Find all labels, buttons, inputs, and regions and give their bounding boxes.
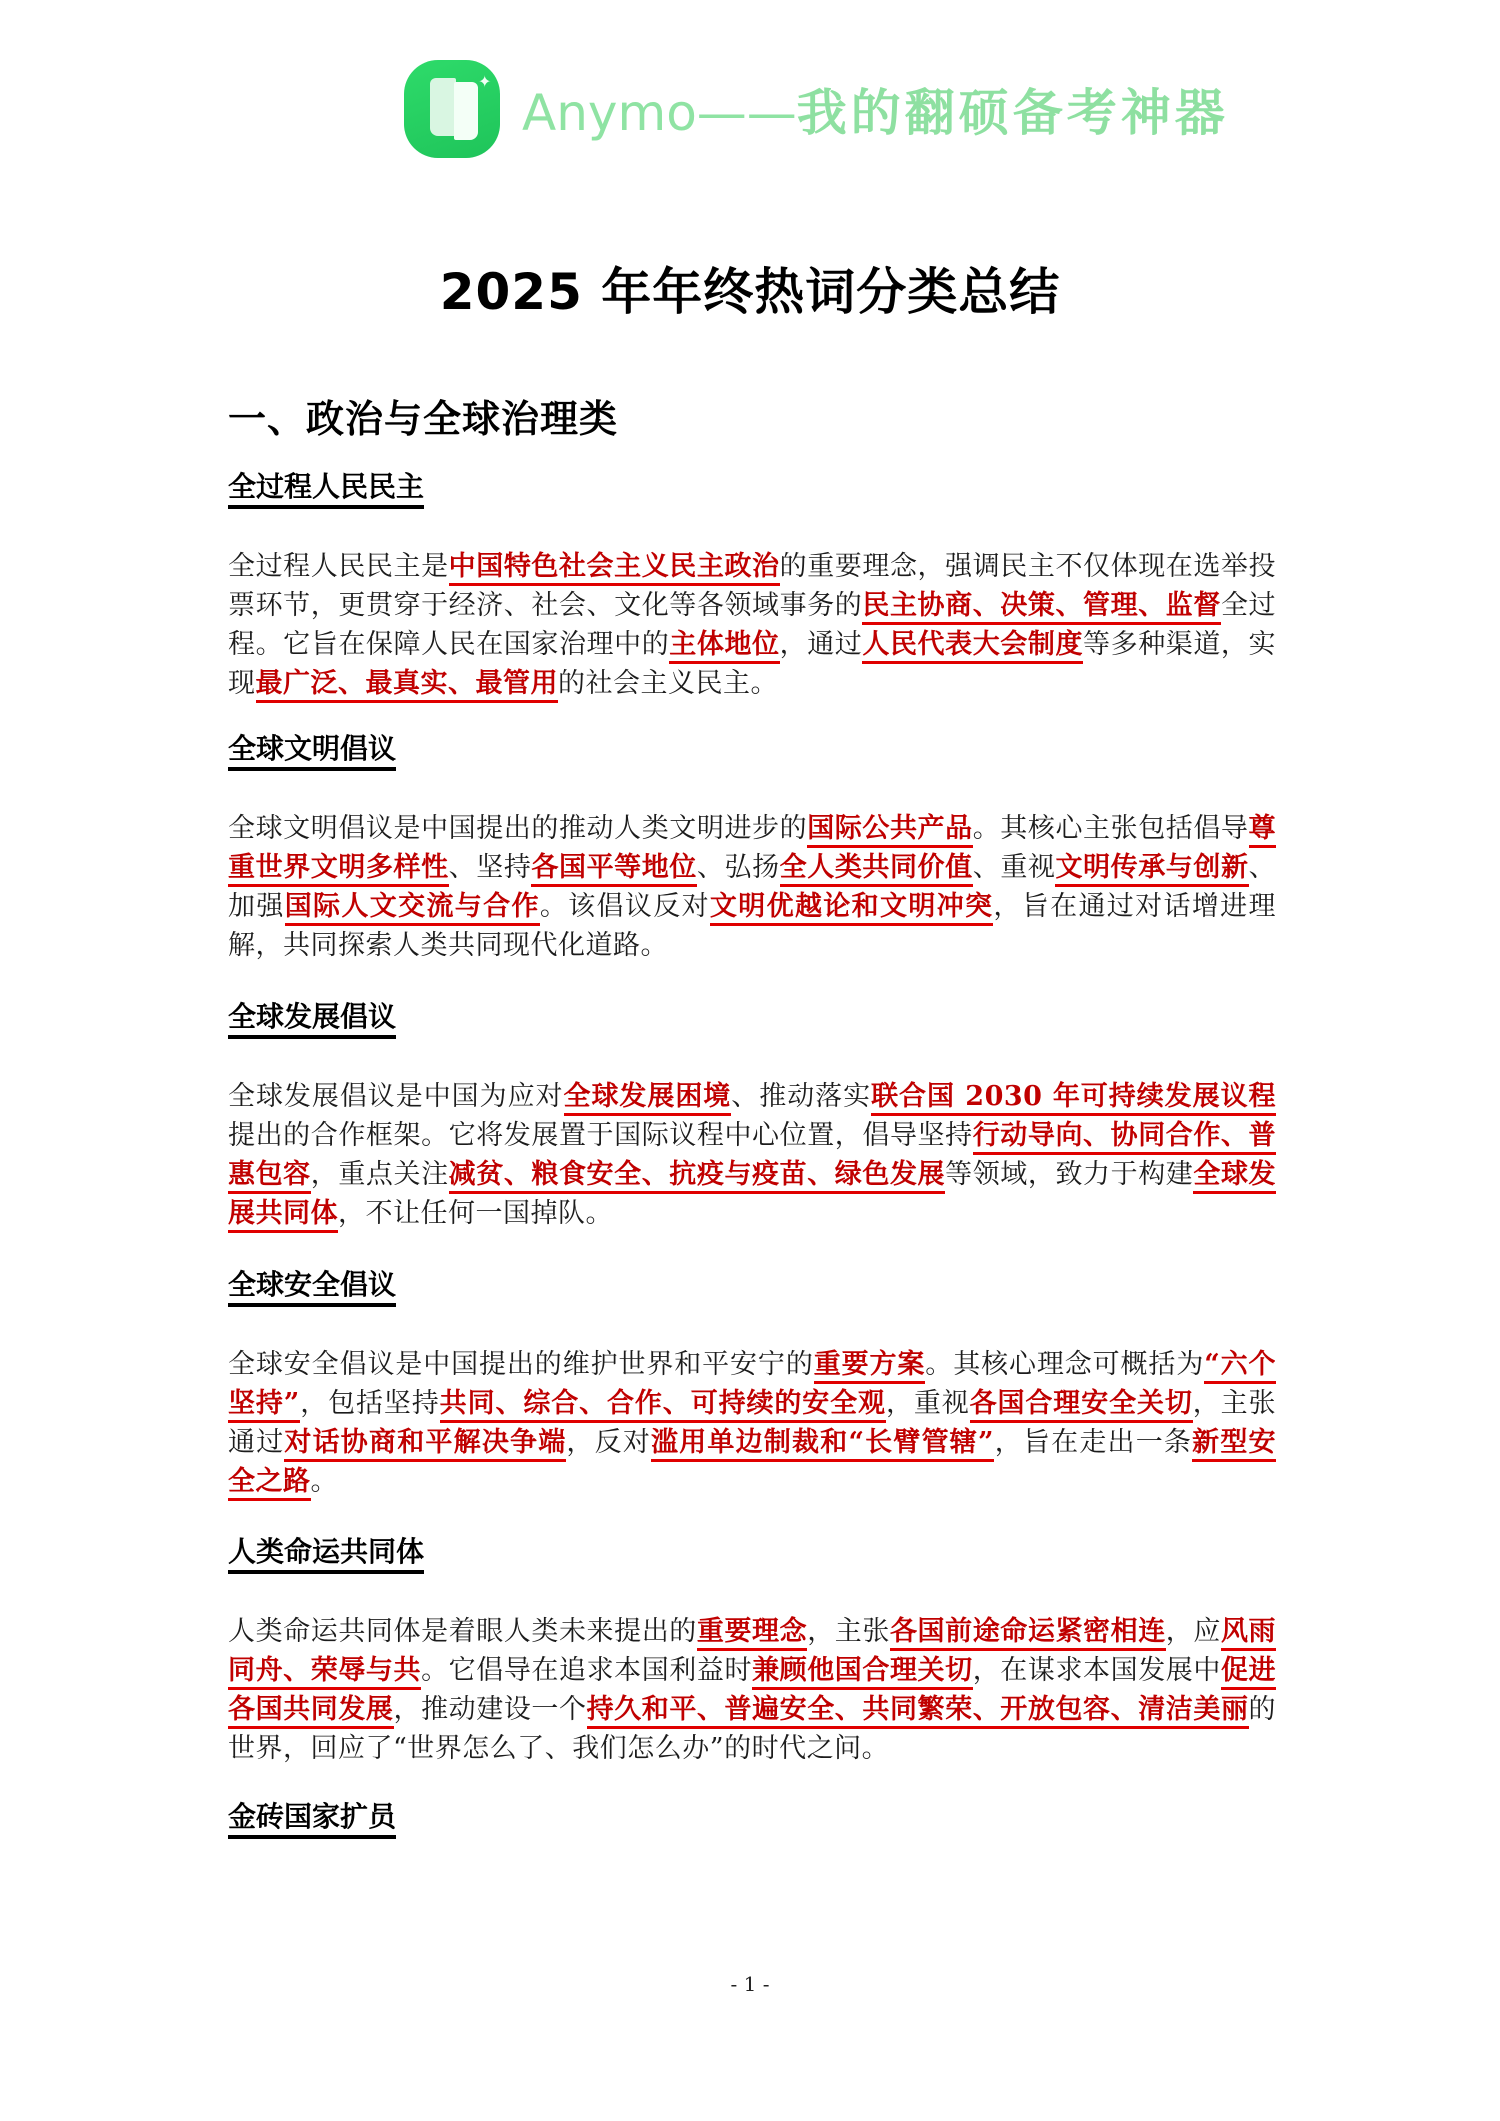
body-text: 。其核心理念可概括为 [925, 1349, 1204, 1380]
body-text: 。其核心主张包括倡导 [973, 813, 1249, 844]
body-text: 。它倡导在追求本国利益时 [421, 1655, 752, 1686]
body-text: 全球文明倡议是中国提出的推动人类文明进步的 [228, 813, 807, 844]
highlighted-keyword: 兼顾他国合理关切 [752, 1655, 973, 1690]
body-text: ，主张 [807, 1616, 890, 1647]
term-body: 全球安全倡议是中国提出的维护世界和平安宁的重要方案。其核心理念可概括为“六个坚持… [228, 1345, 1276, 1501]
highlighted-keyword: 重要方案 [814, 1349, 926, 1384]
term-title: 全球安全倡议 [228, 1268, 396, 1307]
highlighted-keyword: 全球发展困境 [564, 1081, 732, 1116]
book-page-left [430, 78, 456, 136]
term-title: 人类命运共同体 [228, 1535, 424, 1574]
section-heading: 一、政治与全球治理类 [228, 388, 618, 443]
book-page-right [454, 82, 478, 140]
highlighted-keyword: 中国特色社会主义民主政治 [449, 551, 780, 586]
term-body: 人类命运共同体是着眼人类未来提出的重要理念，主张各国前途命运紧密相连，应风雨同舟… [228, 1612, 1276, 1768]
body-text: ，重视 [886, 1388, 970, 1419]
highlighted-keyword: 主体地位 [669, 629, 779, 664]
term-block: 金砖国家扩员 [228, 1800, 1276, 1839]
brand-dash: —— [697, 84, 797, 142]
body-text: ，反对 [566, 1427, 651, 1458]
body-text: 等领域，致力于构建 [945, 1159, 1193, 1190]
term-block: 全球安全倡议 全球安全倡议是中国提出的维护世界和平安宁的重要方案。其核心理念可概… [228, 1268, 1276, 1501]
body-text: ，推动建设一个 [394, 1694, 587, 1725]
term-title: 全球发展倡议 [228, 1000, 396, 1039]
body-text: 人类命运共同体是着眼人类未来提出的 [228, 1616, 697, 1647]
highlighted-keyword: 文明传承与创新 [1055, 852, 1248, 887]
term-title: 全过程人民民主 [228, 470, 424, 509]
body-text: ，通过 [780, 629, 863, 660]
highlighted-keyword: 共同、综合、合作、可持续的安全观 [440, 1388, 886, 1423]
highlighted-keyword: 国际人文交流与合作 [285, 891, 540, 926]
brand-name: Anymo [522, 84, 697, 142]
term-body: 全过程人民民主是中国特色社会主义民主政治的重要理念，强调民主不仅体现在选举投票环… [228, 547, 1276, 703]
body-text: 。 [311, 1466, 339, 1497]
body-text: ，应 [1166, 1616, 1221, 1647]
highlighted-keyword: 联合国 2030 年可持续发展议程 [871, 1081, 1276, 1116]
highlighted-keyword: 滥用单边制裁和“长臂管辖” [651, 1427, 994, 1462]
body-text: 、重视 [973, 852, 1056, 883]
body-text: 。该倡议反对 [540, 891, 710, 922]
body-text: ，包括坚持 [300, 1388, 440, 1419]
term-block: 全球发展倡议 全球发展倡议是中国为应对全球发展困境、推动落实联合国 2030 年… [228, 1000, 1276, 1233]
highlighted-keyword: 文明优越论和文明冲突 [710, 891, 993, 926]
highlighted-keyword: 民主协商、决策、管理、监督 [862, 590, 1221, 625]
highlighted-keyword: 各国前途命运紧密相连 [890, 1616, 1166, 1651]
body-text: ，旨在走出一条 [994, 1427, 1192, 1458]
term-block: 人类命运共同体 人类命运共同体是着眼人类未来提出的重要理念，主张各国前途命运紧密… [228, 1535, 1276, 1768]
highlighted-keyword: 重要理念 [697, 1616, 807, 1651]
highlighted-keyword: 国际公共产品 [807, 813, 973, 848]
term-title: 金砖国家扩员 [228, 1800, 396, 1839]
highlighted-keyword: 减贫、粮食安全、抗疫与疫苗、绿色发展 [449, 1159, 945, 1194]
body-text: 、推动落实 [731, 1081, 871, 1112]
highlighted-keyword: 各国平等地位 [531, 852, 697, 887]
body-text: ，在谋求本国发展中 [973, 1655, 1221, 1686]
highlighted-keyword: 最广泛、最真实、最管用 [256, 668, 559, 703]
sparkle-icon: ✦ [478, 74, 491, 90]
body-text: ，重点关注 [311, 1159, 449, 1190]
term-body: 全球文明倡议是中国提出的推动人类文明进步的国际公共产品。其核心主张包括倡导尊重世… [228, 809, 1276, 965]
body-text: 、坚持 [449, 852, 532, 883]
body-text: 全球发展倡议是中国为应对 [228, 1081, 564, 1112]
highlighted-keyword: 人民代表大会制度 [862, 629, 1083, 664]
highlighted-keyword: 各国合理安全关切 [970, 1388, 1193, 1423]
highlighted-keyword: 全人类共同价值 [780, 852, 973, 887]
term-block: 全过程人民民主 全过程人民民主是中国特色社会主义民主政治的重要理念，强调民主不仅… [228, 470, 1276, 703]
page-number: - 1 - [0, 1972, 1500, 1996]
brand-text: Anymo——我的翻硕备考神器 [522, 73, 1229, 145]
body-text: 全球安全倡议是中国提出的维护世界和平安宁的 [228, 1349, 814, 1380]
body-text: 提出的合作框架。它将发展置于国际议程中心位置，倡导坚持 [228, 1120, 973, 1151]
body-text: 的社会主义民主。 [558, 668, 778, 699]
highlighted-keyword: 持久和平、普遍安全、共同繁荣、开放包容、清洁美丽 [587, 1694, 1249, 1729]
brand-logo: ✦ Anymo——我的翻硕备考神器 [404, 60, 1229, 158]
body-text: ，不让任何一国掉队。 [338, 1198, 613, 1229]
body-text: 全过程人民民主是 [228, 551, 449, 582]
term-block: 全球文明倡议 全球文明倡议是中国提出的推动人类文明进步的国际公共产品。其核心主张… [228, 732, 1276, 965]
document-title: 2025 年年终热词分类总结 [0, 252, 1500, 324]
term-title: 全球文明倡议 [228, 732, 396, 771]
body-text: 、弘扬 [697, 852, 780, 883]
highlighted-keyword: 对话协商和平解决争端 [284, 1427, 566, 1462]
brand-slogan: 我的翻硕备考神器 [797, 83, 1229, 142]
open-book-sparkle-icon: ✦ [404, 60, 500, 158]
term-body: 全球发展倡议是中国为应对全球发展困境、推动落实联合国 2030 年可持续发展议程… [228, 1077, 1276, 1233]
